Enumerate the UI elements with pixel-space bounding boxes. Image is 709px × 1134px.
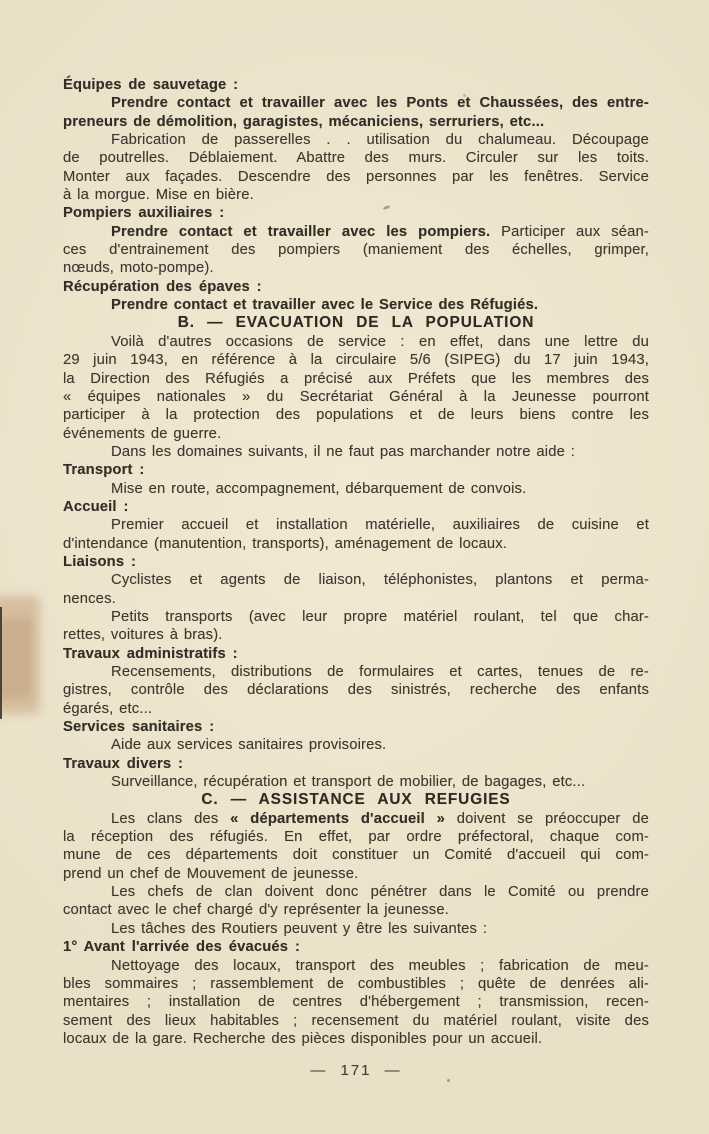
paragraph: Aide aux services sanitaires provisoires… [63,736,649,754]
body-text: contact avec le chef chargé d'y représen… [63,902,449,918]
text-line: mentaires ; installation de centres d'hé… [63,993,649,1011]
text-line: événements de guerre. [63,425,649,443]
text-line: preneurs de démolition, garagistes, méca… [63,113,649,131]
body-text: Prendre contact et travailler avec le Se… [111,297,538,313]
body-text: Voilà d'autres occasions de service : en… [111,334,649,350]
text-line: à la morgue. Mise en bière. [63,186,649,204]
subheading: Récupération des épaves : [63,278,649,296]
text-line: Prendre contact et travailler avec les p… [63,223,649,241]
text-line: Les clans des « départements d'accueil »… [63,810,649,828]
body-text: Premier accueil et installation matériel… [111,517,649,533]
text-line: Prendre contact et travailler avec les P… [63,94,649,112]
text-line: participer à la protection des populatio… [63,406,649,424]
text-line: Cyclistes et agents de liaison, téléphon… [63,571,649,589]
paragraph: Nettoyage des locaux, transport des meub… [63,957,649,1049]
subheading: Liaisons : [63,553,649,571]
body-text: Aide aux services sanitaires provisoires… [111,737,386,753]
body-text: Petits transports (avec leur propre maté… [111,609,649,625]
subheading: Travaux administratifs : [63,645,649,663]
body-text: nœuds, moto-pompe). [63,260,214,276]
body-text: Participer aux séan- [490,224,649,240]
text-line: contact avec le chef chargé d'y représen… [63,901,649,919]
body-text: événements de guerre. [63,426,221,442]
section-title: C. — ASSISTANCE AUX REFUGIES [63,791,649,809]
text-line: Monter aux façades. Descendre des person… [63,168,649,186]
body-text: Recensements, distributions de formulair… [111,664,649,680]
text-line: égarés, etc... [63,700,649,718]
text-line: Voilà d'autres occasions de service : en… [63,333,649,351]
text-line: Les tâches des Routiers peuvent y être l… [63,920,649,938]
body-text: égarés, etc... [63,701,152,717]
paragraph: Prendre contact et travailler avec les p… [63,223,649,278]
body-text: Dans les domaines suivants, il ne faut p… [111,444,575,460]
subheading: Pompiers auxiliaires : [63,204,649,222]
subheading: Transport : [63,461,649,479]
body-text: sement des lieux habitables ; recensemen… [63,1013,649,1029]
scan-edge-artifact [0,607,2,719]
text-line: Nettoyage des locaux, transport des meub… [63,957,649,975]
paragraph: Recensements, distributions de formulair… [63,663,649,718]
text-line: Prendre contact et travailler avec le Se… [63,296,649,314]
text-line: sement des lieux habitables ; recensemen… [63,1012,649,1030]
text-line: 29 juin 1943, en référence à la circulai… [63,351,649,369]
paragraph: Prendre contact et travailler avec les P… [63,94,649,131]
text-line: Dans les domaines suivants, il ne faut p… [63,443,649,461]
body-text: Fabrication de passerelles . . utilisati… [111,132,649,148]
body-text: participer à la protection des populatio… [63,407,649,423]
text-line: gistres, contrôle des déclarations des s… [63,681,649,699]
body-text: « équipes nationales » du Secrétariat Gé… [63,389,649,405]
body-text: Monter aux façades. Descendre des person… [63,169,649,185]
body-text: d'intendance (manutention, transports), … [63,536,507,552]
paragraph: Surveillance, récupération et transport … [63,773,649,791]
bold-text: Prendre contact et travailler avec les p… [111,224,490,240]
text-line: Premier accueil et installation matériel… [63,516,649,534]
paragraph: Fabrication de passerelles . . utilisati… [63,131,649,204]
text-line: Surveillance, récupération et transport … [63,773,649,791]
paragraph: Dans les domaines suivants, il ne faut p… [63,443,649,461]
text-line: ces d'entrainement des pompiers (manieme… [63,241,649,259]
body-text: Cyclistes et agents de liaison, téléphon… [111,572,649,588]
body-text: mune de ces départements doit constituer… [63,847,649,863]
paragraph: Voilà d'autres occasions de service : en… [63,333,649,443]
body-text: rettes, voitures à bras). [63,627,223,643]
body-text: prend un chef de Mouvement de jeunesse. [63,866,358,882]
subheading: Services sanitaires : [63,718,649,736]
paragraph: Premier accueil et installation matériel… [63,516,649,553]
body-text: la Direction des Réfugiés a précisé aux … [63,371,649,387]
text-line: nœuds, moto-pompe). [63,259,649,277]
body-text: doivent se préoccuper de [445,811,649,827]
body-text: Les tâches des Routiers peuvent y être l… [111,921,487,937]
text-line: locaux de la gare. Recherche des pièces … [63,1030,649,1048]
body-text: Prendre contact et travailler avec les P… [111,95,649,111]
paragraph: Cyclistes et agents de liaison, téléphon… [63,571,649,608]
bold-text: « départements d'accueil » [230,811,445,827]
body-text: preneurs de démolition, garagistes, méca… [63,114,544,130]
text-line: d'intendance (manutention, transports), … [63,535,649,553]
body-text: locaux de la gare. Recherche des pièces … [63,1031,542,1047]
body-text: Les clans des [111,811,230,827]
subheading: Équipes de sauvetage : [63,76,649,94]
paragraph: Petits transports (avec leur propre maté… [63,608,649,645]
body-text: la réception des réfugiés. En effet, par… [63,829,649,845]
body-text: ces d'entrainement des pompiers (manieme… [63,242,649,258]
text-line: Aide aux services sanitaires provisoires… [63,736,649,754]
subheading: Accueil : [63,498,649,516]
text-line: prend un chef de Mouvement de jeunesse. [63,865,649,883]
section-title: B. — EVACUATION DE LA POPULATION [63,314,649,332]
paper-stain-dark [0,618,32,698]
text-line: Les chefs de clan doivent donc pénétrer … [63,883,649,901]
text-line: bles sommaires ; rassemblement de combus… [63,975,649,993]
text-line: Recensements, distributions de formulair… [63,663,649,681]
scanned-document-page: Équipes de sauvetage :Prendre contact et… [0,0,709,1134]
text-line: de poutrelles. Déblaiement. Abattre des … [63,149,649,167]
body-text: gistres, contrôle des déclarations des s… [63,682,649,698]
text-line: Fabrication de passerelles . . utilisati… [63,131,649,149]
body-text: Mise en route, accompagnement, débarquem… [111,481,526,497]
subheading: Travaux divers : [63,755,649,773]
subheading: 1° Avant l'arrivée des évacués : [63,938,649,956]
body-text: nences. [63,591,116,607]
text-line: Mise en route, accompagnement, débarquem… [63,480,649,498]
paragraph: Mise en route, accompagnement, débarquem… [63,480,649,498]
text-line: Petits transports (avec leur propre maté… [63,608,649,626]
body-text: Nettoyage des locaux, transport des meub… [111,958,649,974]
text-column: Équipes de sauvetage :Prendre contact et… [63,76,649,1081]
text-line: « équipes nationales » du Secrétariat Gé… [63,388,649,406]
body-text: Surveillance, récupération et transport … [111,774,585,790]
body-text: de poutrelles. Déblaiement. Abattre des … [63,150,649,166]
paragraph: Prendre contact et travailler avec le Se… [63,296,649,314]
paragraph: Les clans des « départements d'accueil »… [63,810,649,883]
body-text: Les chefs de clan doivent donc pénétrer … [111,884,649,900]
text-line: la Direction des Réfugiés a précisé aux … [63,370,649,388]
body-text: mentaires ; installation de centres d'hé… [63,994,649,1010]
body-text: 29 juin 1943, en référence à la circulai… [63,352,649,368]
body-text: à la morgue. Mise en bière. [63,187,254,203]
text-line: mune de ces départements doit constituer… [63,846,649,864]
body-text: bles sommaires ; rassemblement de combus… [63,976,649,992]
text-line: la réception des réfugiés. En effet, par… [63,828,649,846]
page-number: — 171 — [63,1062,649,1080]
text-line: rettes, voitures à bras). [63,626,649,644]
text-line: nences. [63,590,649,608]
paragraph: Les tâches des Routiers peuvent y être l… [63,920,649,938]
paragraph: Les chefs de clan doivent donc pénétrer … [63,883,649,920]
